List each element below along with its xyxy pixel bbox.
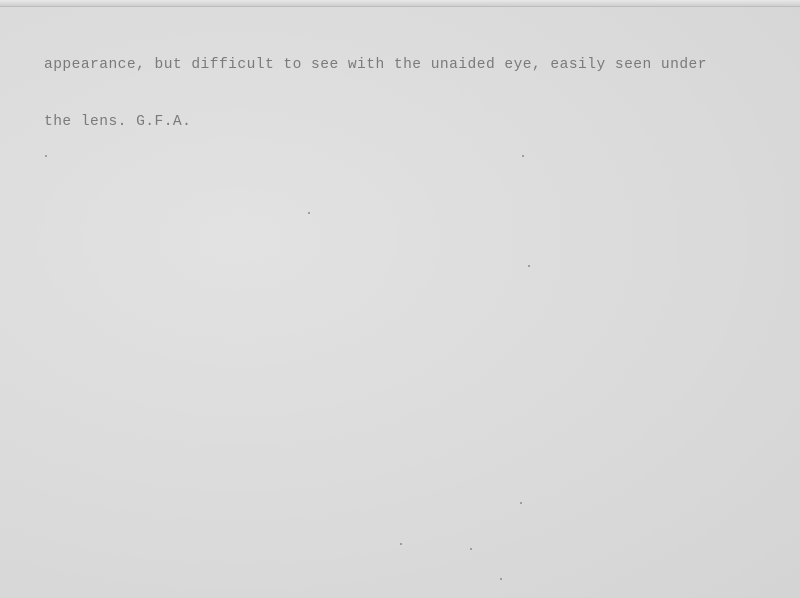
paper-edge — [0, 0, 800, 7]
document-page: appearance, but difficult to see with th… — [0, 0, 800, 598]
paper-speck — [522, 155, 524, 157]
paper-speck — [528, 265, 530, 267]
paper-speck — [45, 155, 47, 157]
paper-speck — [400, 543, 402, 545]
text-line: the lens. G.F.A. — [44, 113, 707, 132]
paper-speck — [470, 548, 472, 550]
typed-text-block: appearance, but difficult to see with th… — [44, 18, 707, 170]
paper-speck — [308, 212, 310, 214]
paper-speck — [520, 502, 522, 504]
text-line: appearance, but difficult to see with th… — [44, 56, 707, 75]
paper-speck — [500, 578, 502, 580]
